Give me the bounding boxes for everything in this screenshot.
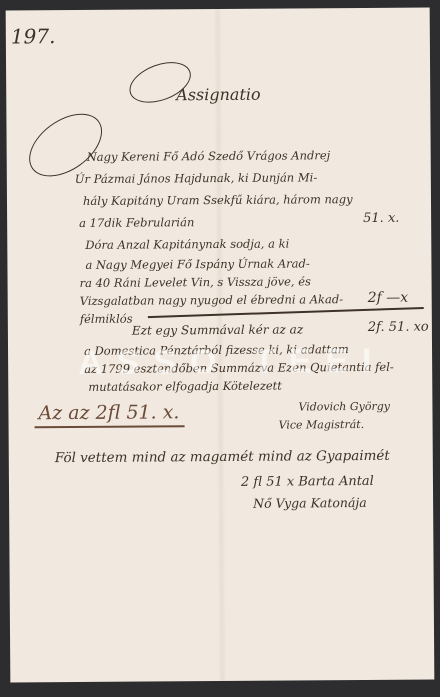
body-line: félmiklós: [80, 312, 133, 326]
signature-barta: 2 fl 51 x Barta Antal: [241, 474, 374, 490]
watermark: ASSO TEEI: [78, 342, 386, 383]
body-line: Nagy Kereni Fő Adó Szedő Vrágos Andrej: [87, 148, 331, 164]
document-title: Assignatio: [176, 85, 260, 105]
body-line: Úr Pázmai János Hajdunak, ki Dunján Mi-: [75, 170, 317, 186]
body-line: hály Kapitány Uram Ssekfű kiára, három n…: [83, 192, 353, 208]
sum-rule: [148, 307, 424, 318]
receipt-line: Föl vettem mind az magamét mind az Gyapa…: [55, 448, 390, 466]
total-amount: Az az 2fl 51. x.: [38, 401, 179, 424]
total-underline: [35, 425, 185, 428]
amount-sum: 2f. 51. xo: [368, 320, 429, 335]
body-line: Vizsgalatban nagy nyugod el ébredni a Ak…: [80, 292, 343, 308]
body-line: Dóra Anzal Kapitánynak sodja, a ki: [85, 237, 289, 252]
amount-51x: 51. x.: [363, 211, 399, 226]
signature-vice-title: Vice Magistrát.: [279, 418, 365, 432]
body-line: a 17dik Febrularián: [79, 215, 194, 230]
signature-vice: Vidovich György: [298, 400, 390, 414]
body-line: a Nagy Megyei Fő Ispány Úrnak Arad-: [85, 256, 309, 272]
body-line: ra 40 Ráni Levelet Vin, s Vissza jöve, é…: [80, 274, 311, 290]
amount-2f: 2f —x: [368, 290, 409, 306]
signature-barta-title: Nő Vyga Katonája: [253, 495, 367, 511]
folio-number: 197.: [11, 24, 56, 48]
manuscript-page: 197. Assignatio Nagy Kereni Fő Adó Szedő…: [6, 8, 435, 683]
body-line: Ezt egy Summával kér az az: [132, 322, 303, 337]
